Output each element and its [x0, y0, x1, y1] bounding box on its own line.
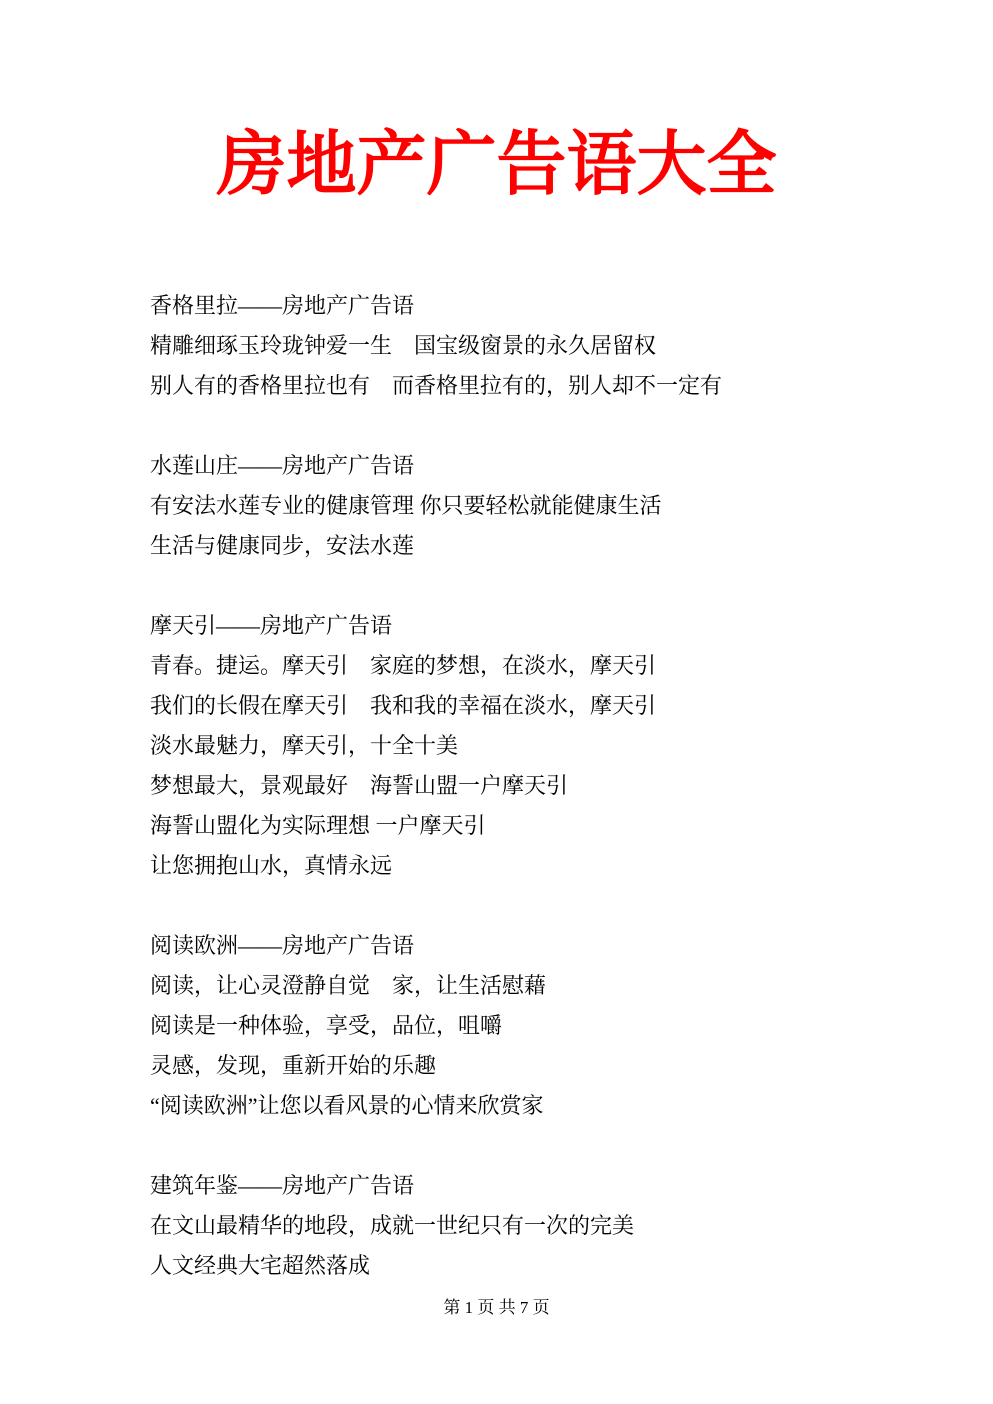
- slogan-section: 阅读欧洲——房地产广告语阅读，让心灵澄静自觉 家，让生活慰藉阅读是一种体验，享受…: [150, 926, 863, 1126]
- text-line: 淡水最魅力，摩天引，十全十美: [150, 726, 863, 766]
- text-line: 生活与健康同步，安法水莲: [150, 526, 863, 566]
- slogan-section: 建筑年鉴——房地产广告语在文山最精华的地段，成就一世纪只有一次的完美人文经典大宅…: [150, 1166, 863, 1286]
- text-line: 阅读欧洲——房地产广告语: [150, 926, 863, 966]
- document-page: 房地产广告语大全 香格里拉——房地产广告语精雕细琢玉玲珑钟爱一生 国宝级窗景的永…: [0, 0, 993, 1404]
- text-line: 香格里拉——房地产广告语: [150, 286, 863, 326]
- text-line: 在文山最精华的地段，成就一世纪只有一次的完美: [150, 1206, 863, 1246]
- text-line: 有安法水莲专业的健康管理 你只要轻松就能健康生活: [150, 486, 863, 526]
- text-line: 让您拥抱山水，真情永远: [150, 846, 863, 886]
- text-line: 灵感，发现，重新开始的乐趣: [150, 1046, 863, 1086]
- text-line: 水莲山庄——房地产广告语: [150, 446, 863, 486]
- text-line: 人文经典大宅超然落成: [150, 1246, 863, 1286]
- text-line: 建筑年鉴——房地产广告语: [150, 1166, 863, 1206]
- slogan-section: 香格里拉——房地产广告语精雕细琢玉玲珑钟爱一生 国宝级窗景的永久居留权别人有的香…: [150, 286, 863, 406]
- text-line: 青春。捷运。摩天引 家庭的梦想，在淡水，摩天引: [150, 646, 863, 686]
- text-line: 别人有的香格里拉也有 而香格里拉有的，别人却不一定有: [150, 366, 863, 406]
- slogan-section: 水莲山庄——房地产广告语有安法水莲专业的健康管理 你只要轻松就能健康生活生活与健…: [150, 446, 863, 566]
- text-line: 海誓山盟化为实际理想 一户摩天引: [150, 806, 863, 846]
- text-line: 阅读是一种体验，享受，品位，咀嚼: [150, 1006, 863, 1046]
- text-line: 摩天引——房地产广告语: [150, 606, 863, 646]
- page-footer: 第 1 页 共 7 页: [0, 1296, 993, 1320]
- text-line: 阅读，让心灵澄静自觉 家，让生活慰藉: [150, 966, 863, 1006]
- document-body: 香格里拉——房地产广告语精雕细琢玉玲珑钟爱一生 国宝级窗景的永久居留权别人有的香…: [150, 286, 863, 1286]
- text-line: 我们的长假在摩天引 我和我的幸福在淡水，摩天引: [150, 686, 863, 726]
- text-line: “阅读欧洲”让您以看风景的心情来欣赏家: [150, 1086, 863, 1126]
- text-line: 精雕细琢玉玲珑钟爱一生 国宝级窗景的永久居留权: [150, 326, 863, 366]
- text-line: 梦想最大，景观最好 海誓山盟一户摩天引: [150, 766, 863, 806]
- document-title: 房地产广告语大全: [0, 124, 993, 205]
- page-number-indicator: 第 1 页 共 7 页: [443, 1298, 549, 1317]
- slogan-section: 摩天引——房地产广告语青春。捷运。摩天引 家庭的梦想，在淡水，摩天引我们的长假在…: [150, 606, 863, 886]
